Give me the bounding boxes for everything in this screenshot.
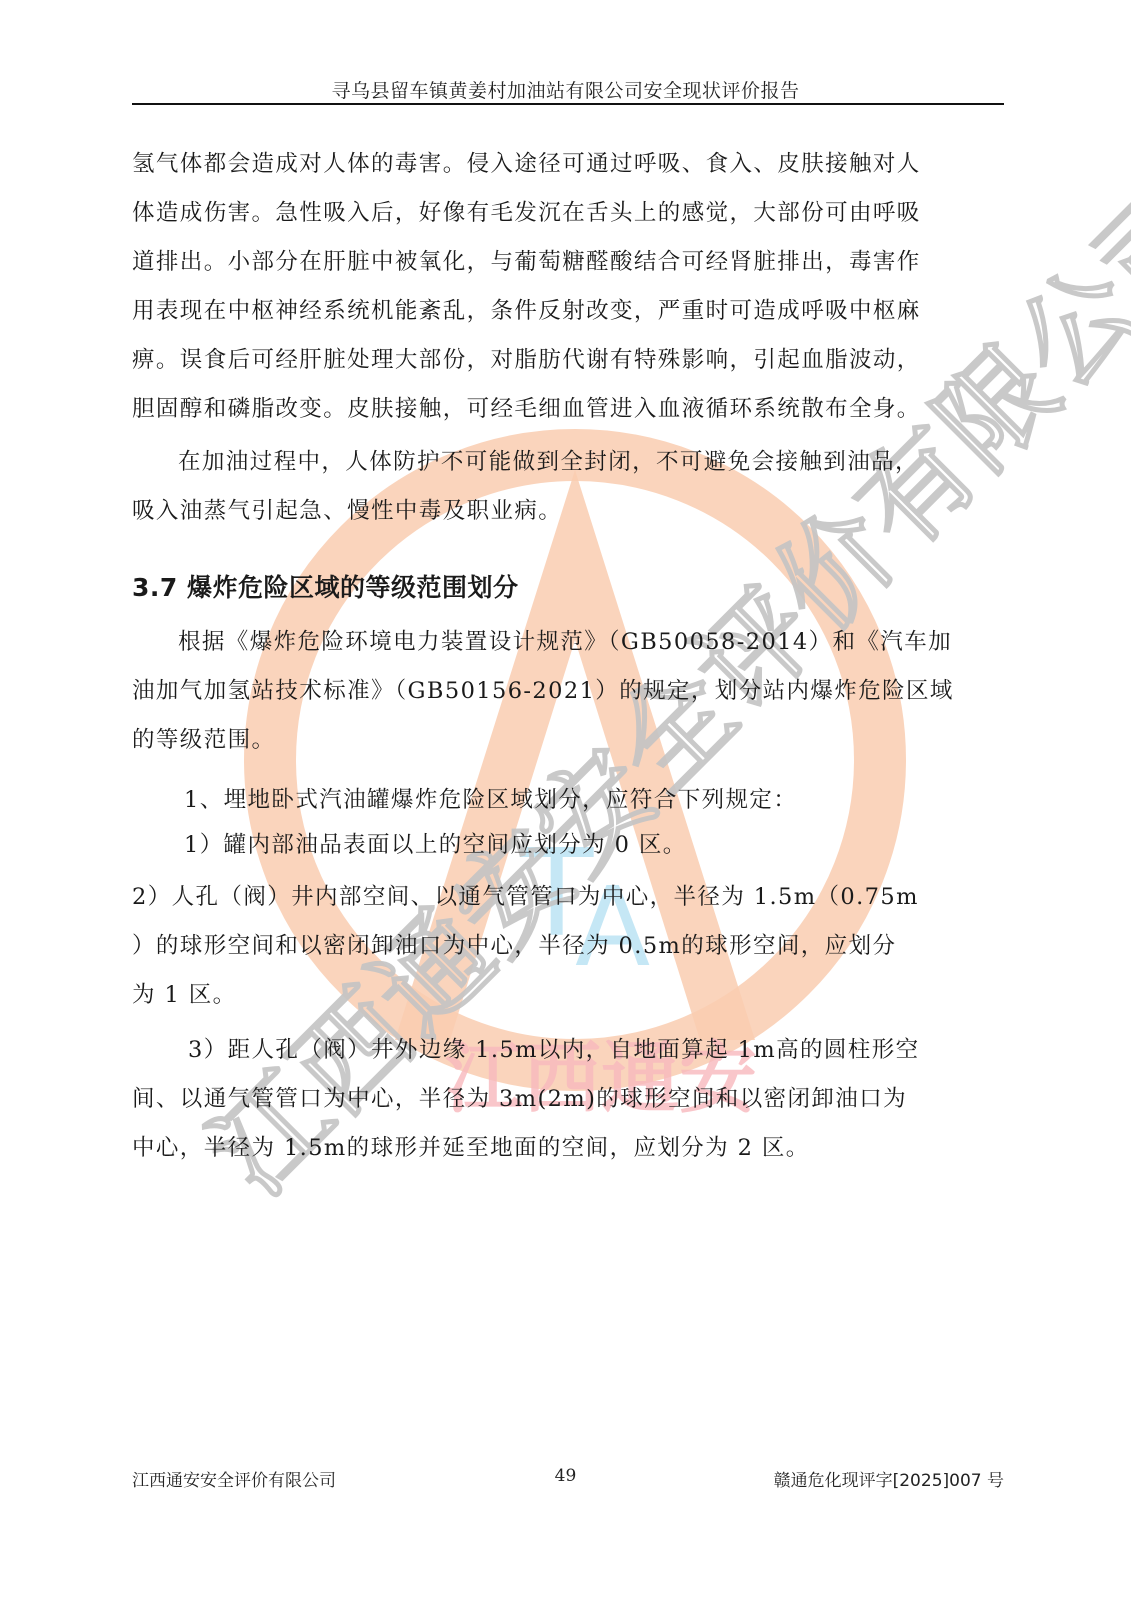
list-item-cont: ）的球形空间和以密闭卸油口为中心，半径为 0.5m的球形空间，应划分 bbox=[132, 922, 1004, 971]
running-header-title: 寻乌县留车镇黄姜村加油站有限公司安全现状评价报告 bbox=[0, 76, 1131, 103]
body-text-top: 氢气体都会造成对人体的毒害。侵入途径可通过呼吸、食入、皮肤接触对人 体造成伤害。… bbox=[132, 140, 1004, 536]
paragraph-line: 痹。误食后可经肝脏处理大部份，对脂肪代谢有特殊影响，引起血脂波动， bbox=[132, 336, 1004, 385]
paragraph-line: 道排出。小部分在肝脏中被氧化，与葡萄糖醛酸结合可经肾脏排出，毒害作 bbox=[132, 238, 1004, 287]
paragraph-line: 油加气加氢站技术标准》（GB50156-2021）的规定，划分站内爆炸危险区域 bbox=[132, 667, 1004, 716]
list-item: 2）人孔（阀）井内部空间、以通气管管口为中心，半径为 1.5m（0.75m bbox=[132, 873, 1004, 922]
section-heading: 3.7 爆炸危险区域的等级范围划分 bbox=[132, 568, 519, 604]
paragraph-line: 用表现在中枢神经系统机能紊乱，条件反射改变，严重时可造成呼吸中枢麻 bbox=[132, 287, 1004, 336]
list-item: 3）距人孔（阀）井外边缘 1.5m以内，自地面算起 1m高的圆柱形空 bbox=[132, 1026, 1004, 1075]
header-rule bbox=[132, 103, 1004, 105]
paragraph-line: 在加油过程中，人体防护不可能做到全封闭，不可避免会接触到油品， bbox=[132, 438, 1004, 487]
body-text-section: 根据《爆炸危险环境电力装置设计规范》（GB50058-2014）和《汽车加 油加… bbox=[132, 618, 1004, 1173]
list-item-cont: 为 1 区。 bbox=[132, 971, 1004, 1020]
rule-title: 1、埋地卧式汽油罐爆炸危险区域划分，应符合下列规定： bbox=[132, 777, 1004, 823]
footer-doc-code: 赣通危化现评字[2025]007 号 bbox=[774, 1466, 1004, 1491]
paragraph-line: 吸入油蒸气引起急、慢性中毒及职业病。 bbox=[132, 487, 1004, 536]
paragraph-line: 根据《爆炸危险环境电力装置设计规范》（GB50058-2014）和《汽车加 bbox=[132, 618, 1004, 667]
paragraph-line: 胆固醇和磷脂改变。皮肤接触，可经毛细血管进入血液循环系统散布全身。 bbox=[132, 385, 1004, 434]
list-item-cont: 间、以通气管管口为中心，半径为 3m(2m)的球形空间和以密闭卸油口为 bbox=[132, 1075, 1004, 1124]
paragraph-line: 的等级范围。 bbox=[132, 716, 1004, 765]
list-item: 1）罐内部油品表面以上的空间应划分为 0 区。 bbox=[132, 823, 1004, 867]
list-item-cont: 中心，半径为 1.5m的球形并延至地面的空间，应划分为 2 区。 bbox=[132, 1124, 1004, 1173]
paragraph-line: 氢气体都会造成对人体的毒害。侵入途径可通过呼吸、食入、皮肤接触对人 bbox=[132, 140, 1004, 189]
paragraph-line: 体造成伤害。急性吸入后，好像有毛发沉在舌头上的感觉，大部份可由呼吸 bbox=[132, 189, 1004, 238]
